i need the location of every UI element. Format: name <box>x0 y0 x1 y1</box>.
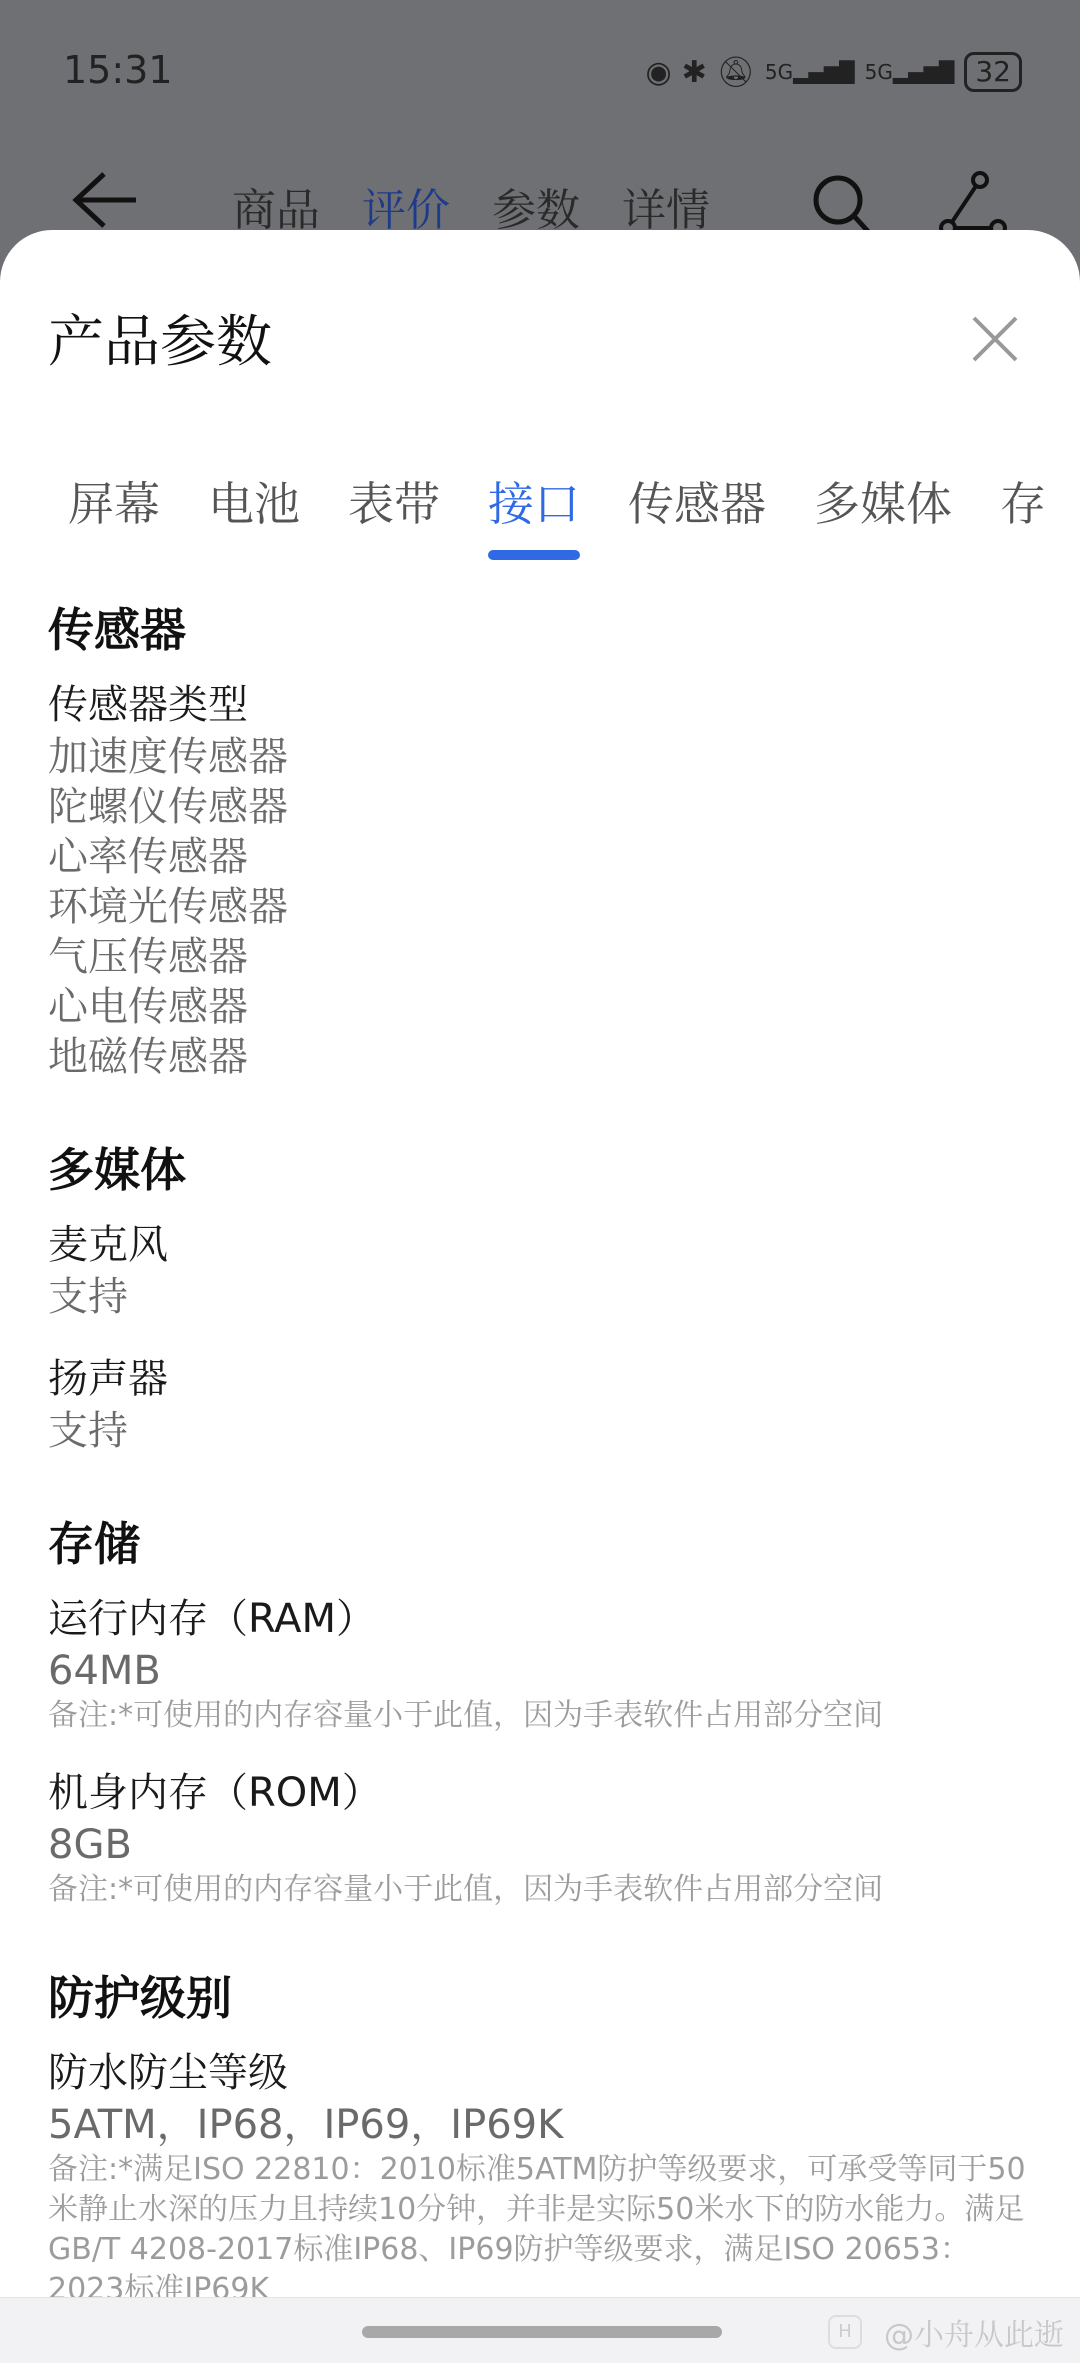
nav-tabs: 商品 评价 参数 详情 <box>232 174 710 238</box>
param-value: 环境光传感器 <box>48 882 1038 932</box>
battery-icon: 32 <box>964 52 1022 92</box>
tab-multimedia[interactable]: 多媒体 <box>814 468 952 534</box>
tab-battery[interactable]: 电池 <box>208 468 300 534</box>
close-icon[interactable] <box>970 314 1020 364</box>
tab-interface[interactable]: 接口 <box>488 468 580 534</box>
section-title: 传感器 <box>48 600 1038 660</box>
param-tabs: 屏幕 电池 表带 接口 传感器 多媒体 存 <box>68 468 1080 534</box>
param-value: 支持 <box>48 1272 1038 1322</box>
param-label: 传感器类型 <box>48 678 1038 732</box>
clock: 15:31 <box>63 48 173 92</box>
tab-screen[interactable]: 屏幕 <box>68 468 160 534</box>
params-content: 传感器 传感器类型 加速度传感器 陀螺仪传感器 心率传感器 环境光传感器 气压传… <box>48 600 1038 2363</box>
app-logo-icon: H <box>828 2315 862 2349</box>
bluetooth-icon: ✱ <box>682 55 707 90</box>
status-icons: ◉ ✱ 🔕︎ 5G▂▄▆█ 5G▂▄▆█ 32 <box>645 52 1022 92</box>
mute-bell-icon: 🔕︎ <box>717 55 755 90</box>
section-sensors: 传感器 传感器类型 加速度传感器 陀螺仪传感器 心率传感器 环境光传感器 气压传… <box>48 600 1038 1082</box>
eye-icon: ◉ <box>645 55 671 90</box>
param-value: 陀螺仪传感器 <box>48 782 1038 832</box>
param-value: 心率传感器 <box>48 832 1038 882</box>
param-note: 备注:*可使用的内存容量小于此值，因为手表软件占用部分空间 <box>48 1696 1038 1736</box>
param-item: 麦克风 支持 <box>48 1218 1038 1322</box>
param-value: 64MB <box>48 1646 1038 1696</box>
param-item: 机身内存（ROM） 8GB 备注:*可使用的内存容量小于此值，因为手表软件占用部… <box>48 1766 1038 1910</box>
section-storage: 存储 运行内存（RAM） 64MB 备注:*可使用的内存容量小于此值，因为手表软… <box>48 1514 1038 1910</box>
signal-icon: 5G▂▄▆█ <box>765 60 855 84</box>
param-item: 扬声器 支持 <box>48 1352 1038 1456</box>
nav-tab-goods[interactable]: 商品 <box>232 174 320 238</box>
param-item: 防水防尘等级 5ATM，IP68，IP69，IP69K 备注:*满足ISO 22… <box>48 2046 1038 2310</box>
params-sheet: 产品参数 屏幕 电池 表带 接口 传感器 多媒体 存 传感器 传感器类型 加速度… <box>0 230 1080 2363</box>
param-value: 加速度传感器 <box>48 732 1038 782</box>
param-value: 心电传感器 <box>48 982 1038 1032</box>
param-note: 备注:*满足ISO 22810：2010标准5ATM防护等级要求，可承受等同于5… <box>48 2150 1038 2310</box>
back-arrow-icon[interactable] <box>70 170 140 230</box>
bottom-bar: H @小舟从此逝 <box>0 2297 1080 2363</box>
param-note: 备注:*可使用的内存容量小于此值，因为手表软件占用部分空间 <box>48 1870 1038 1910</box>
home-indicator[interactable] <box>362 2326 722 2338</box>
param-value: 支持 <box>48 1406 1038 1456</box>
nav-tab-params[interactable]: 参数 <box>492 174 580 238</box>
param-item: 运行内存（RAM） 64MB 备注:*可使用的内存容量小于此值，因为手表软件占用… <box>48 1592 1038 1736</box>
tab-storage[interactable]: 存 <box>1000 468 1046 534</box>
param-item: 传感器类型 加速度传感器 陀螺仪传感器 心率传感器 环境光传感器 气压传感器 心… <box>48 678 1038 1082</box>
param-label: 麦克风 <box>48 1218 1038 1272</box>
param-value: 地磁传感器 <box>48 1032 1038 1082</box>
top-nav: 商品 评价 参数 详情 <box>0 160 1080 240</box>
watermark-text: @小舟从此逝 <box>884 2310 1064 2354</box>
tab-sensors[interactable]: 传感器 <box>628 468 766 534</box>
param-value: 5ATM，IP68，IP69，IP69K <box>48 2100 1038 2150</box>
signal-icon-2: 5G▂▄▆█ <box>865 60 955 84</box>
sheet-title: 产品参数 <box>48 298 272 378</box>
status-bar: 15:31 ◉ ✱ 🔕︎ 5G▂▄▆█ 5G▂▄▆█ 32 <box>0 0 1080 140</box>
section-title: 防护级别 <box>48 1968 1038 2028</box>
param-label: 扬声器 <box>48 1352 1038 1406</box>
nav-tab-reviews[interactable]: 评价 <box>362 174 450 238</box>
watermark: H @小舟从此逝 <box>828 2310 1064 2354</box>
param-label: 机身内存（ROM） <box>48 1766 1038 1820</box>
param-label: 运行内存（RAM） <box>48 1592 1038 1646</box>
section-protection: 防护级别 防水防尘等级 5ATM，IP68，IP69，IP69K 备注:*满足I… <box>48 1968 1038 2310</box>
section-title: 存储 <box>48 1514 1038 1574</box>
tab-strap[interactable]: 表带 <box>348 468 440 534</box>
param-value: 8GB <box>48 1820 1038 1870</box>
section-title: 多媒体 <box>48 1140 1038 1200</box>
nav-tab-details[interactable]: 详情 <box>622 174 710 238</box>
param-value: 气压传感器 <box>48 932 1038 982</box>
section-multimedia: 多媒体 麦克风 支持 扬声器 支持 <box>48 1140 1038 1456</box>
param-label: 防水防尘等级 <box>48 2046 1038 2100</box>
